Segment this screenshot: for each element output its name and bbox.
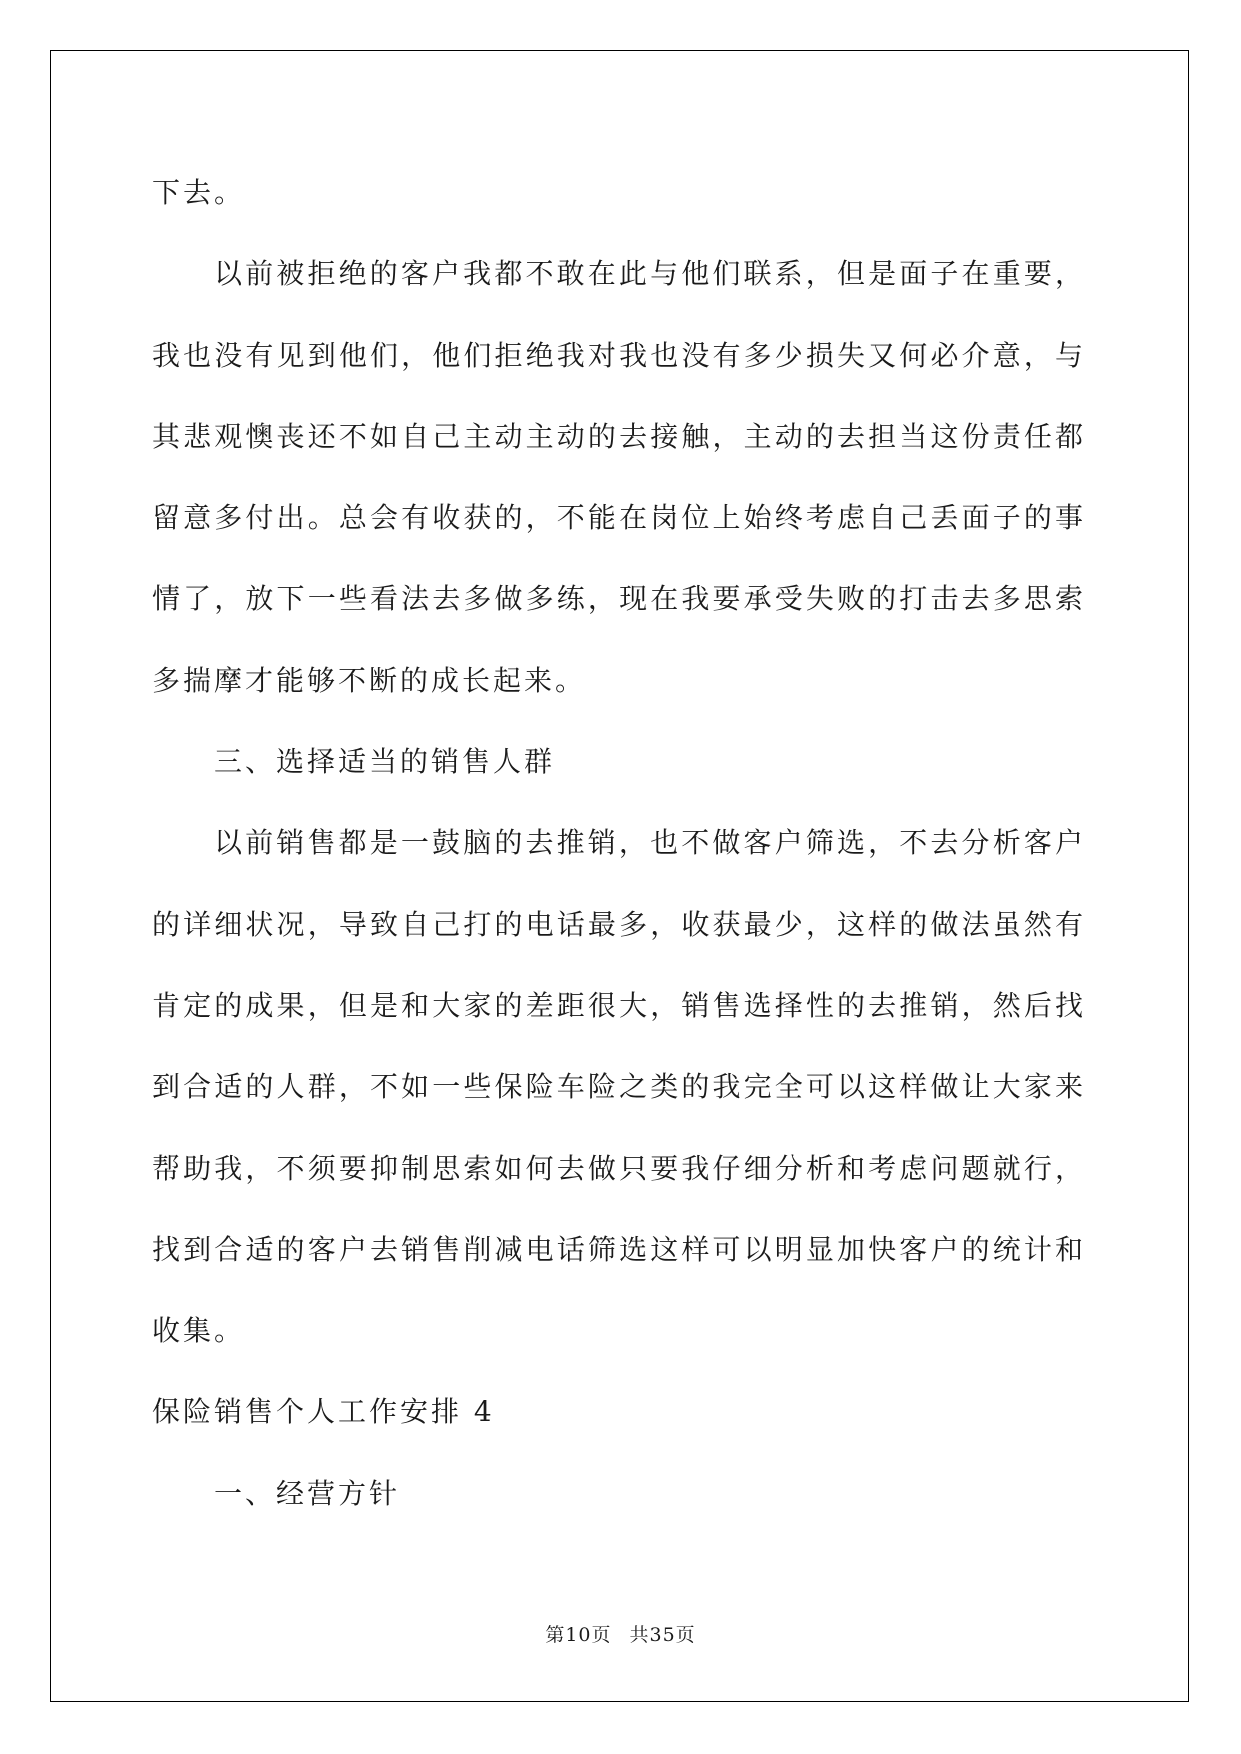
document-page: 下去。以前被拒绝的客户我都不敢在此与他们联系，但是面子在重要，我也没有见到他们，… <box>0 0 1241 1754</box>
text-line: 以前销售都是一鼓脑的去推销，也不做客户筛选，不去分析客户 <box>152 802 1084 883</box>
text-line: 的详细状况，导致自己打的电话最多，收获最少，这样的做法虽然有 <box>152 884 1084 965</box>
text-line: 帮助我，不须要抑制思索如何去做只要我仔细分析和考虑问题就行， <box>152 1128 1084 1209</box>
page-number-total: 共35页 <box>630 1624 696 1646</box>
document-content: 下去。以前被拒绝的客户我都不敢在此与他们联系，但是面子在重要，我也没有见到他们，… <box>152 152 1084 1534</box>
text-line: 到合适的人群，不如一些保险车险之类的我完全可以这样做让大家来 <box>152 1046 1084 1127</box>
text-line: 留意多付出。总会有收获的，不能在岗位上始终考虑自己丢面子的事 <box>152 477 1084 558</box>
text-line: 我也没有见到他们，他们拒绝我对我也没有多少损失又何必介意，与 <box>152 315 1084 396</box>
text-line: 一、经营方针 <box>152 1453 1084 1534</box>
text-line: 下去。 <box>152 152 1084 233</box>
page-footer: 第10页共35页 <box>0 1620 1241 1647</box>
text-line: 保险销售个人工作安排 4 <box>152 1371 1084 1452</box>
page-number-current: 第10页 <box>545 1624 611 1646</box>
text-line: 其悲观懊丧还不如自己主动主动的去接触，主动的去担当这份责任都 <box>152 396 1084 477</box>
text-line: 三、选择适当的销售人群 <box>152 721 1084 802</box>
text-line: 多揣摩才能够不断的成长起来。 <box>152 640 1084 721</box>
text-line: 收集。 <box>152 1290 1084 1371</box>
text-line: 以前被拒绝的客户我都不敢在此与他们联系，但是面子在重要， <box>152 233 1084 314</box>
text-line: 找到合适的客户去销售削减电话筛选这样可以明显加快客户的统计和 <box>152 1209 1084 1290</box>
text-line: 肯定的成果，但是和大家的差距很大，销售选择性的去推销，然后找 <box>152 965 1084 1046</box>
text-line: 情了，放下一些看法去多做多练，现在我要承受失败的打击去多思索 <box>152 558 1084 639</box>
